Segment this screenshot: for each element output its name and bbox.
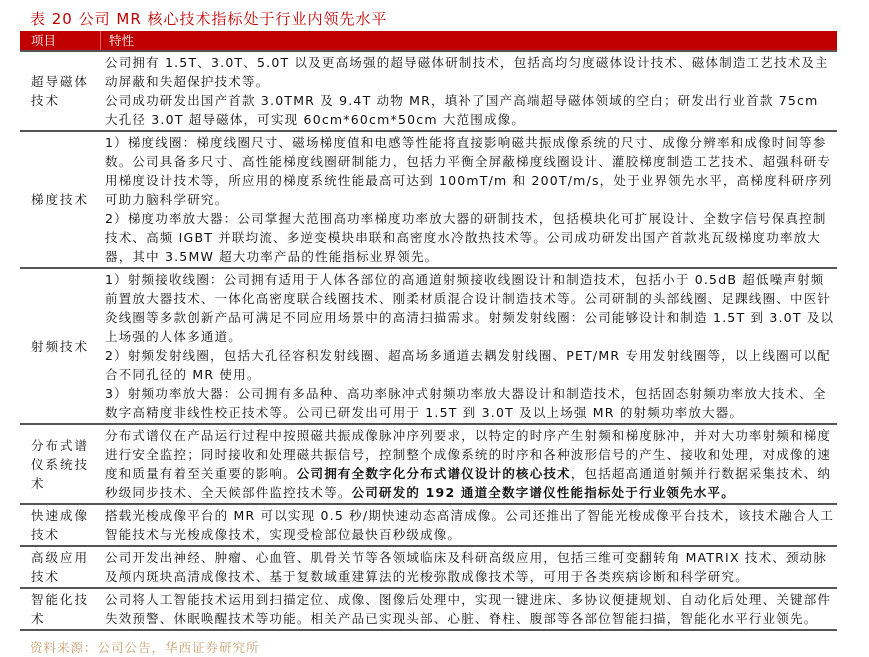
row-item-label: 高级应用技术 [20,547,101,587]
table-row: 超导磁体技术公司拥有 1.5T、3.0T、5.0T 以及更高场强的超导磁体研制技… [20,52,837,132]
row-item-label: 超导磁体技术 [20,52,101,130]
row-item-label: 分布式谱仪系统技术 [20,425,101,503]
table-row: 高级应用技术公司开发出神经、肿瘤、心血管、肌骨关节等各领域临床及科研高级应用，包… [20,547,837,589]
feature-paragraph: 公司成功研发出国产首款 3.0TMR 及 9.4T 动物 MR，填补了国产高端超… [105,91,837,129]
source-note: 资料来源：公司公告，华西证券研究所 [30,638,260,656]
feature-paragraph: 搭载光梭成像平台的 MR 可以实现 0.5 秒/期快速动态高清成像。公司还推出了… [105,506,837,544]
row-item-label: 射频技术 [20,269,101,423]
feature-text: 2）梯度功率放大器：公司掌握大范围高功率梯度功率放大器的研制技术，包括模块化可扩… [105,211,827,264]
feature-text: 公司成功研发出国产首款 3.0TMR 及 9.4T 动物 MR，填补了国产高端超… [105,93,818,127]
table-body: 超导磁体技术公司拥有 1.5T、3.0T、5.0T 以及更高场强的超导磁体研制技… [20,52,837,631]
feature-paragraph: 2）射频发射线圈，包括大孔径容积发射线圈、超高场多通道去耦发射线圈、PET/MR… [105,346,837,384]
feature-paragraph: 2）梯度功率放大器：公司掌握大范围高功率梯度功率放大器的研制技术，包括模块化可扩… [105,209,837,266]
feature-paragraph: 分布式谱仪在产品运行过程中按照磁共振成像脉冲序列要求，以特定的时序产生射频和梯度… [105,426,837,502]
row-feature-text: 搭载光梭成像平台的 MR 可以实现 0.5 秒/期快速动态高清成像。公司还推出了… [101,505,837,545]
row-feature-text: 公司拥有 1.5T、3.0T、5.0T 以及更高场强的超导磁体研制技术，包括高均… [101,52,837,130]
table-row: 射频技术1）射频接收线圈：公司拥有适用于人体各部位的高通道射频接收线圈设计和制造… [20,269,837,425]
feature-text: 公司将人工智能技术运用到扫描定位、成像、图像后处理中，实现一键进床、多协议便捷规… [105,592,831,626]
table-title: 表 20 公司 MR 核心技术指标处于行业内领先水平 [30,8,388,29]
row-feature-text: 1）梯度线圈：梯度线圈尺寸、磁场梯度值和电感等性能将直接影响磁共振成像系统的尺寸… [101,132,837,267]
feature-text: 2）射频发射线圈，包括大孔径容积发射线圈、超高场多通道去耦发射线圈、PET/MR… [105,348,831,382]
tech-table: 项目 特性 超导磁体技术公司拥有 1.5T、3.0T、5.0T 以及更高场强的超… [20,31,837,631]
row-feature-text: 1）射频接收线圈：公司拥有适用于人体各部位的高通道射频接收线圈设计和制造技术，包… [101,269,837,423]
table-row: 智能化技术公司将人工智能技术运用到扫描定位、成像、图像后处理中，实现一键进床、多… [20,589,837,631]
bold-highlight: 公司研发的 192 通道全数字谱仪性能指标处于行业领先水平。 [352,485,735,500]
row-feature-text: 公司开发出神经、肿瘤、心血管、肌骨关节等各领域临床及科研高级应用，包括三维可变翻… [101,547,837,587]
row-item-label: 快速成像技术 [20,505,101,545]
table-row: 快速成像技术搭载光梭成像平台的 MR 可以实现 0.5 秒/期快速动态高清成像。… [20,505,837,547]
feature-paragraph: 公司开发出神经、肿瘤、心血管、肌骨关节等各领域临床及科研高级应用，包括三维可变翻… [105,548,837,586]
header-item: 项目 [20,31,101,50]
feature-paragraph: 3）射频功率放大器：公司拥有多品种、高功率脉冲式射频功率放大器设计和制造技术，包… [105,384,837,422]
table-row: 分布式谱仪系统技术分布式谱仪在产品运行过程中按照磁共振成像脉冲序列要求，以特定的… [20,425,837,505]
header-feature: 特性 [101,31,837,50]
row-feature-text: 公司将人工智能技术运用到扫描定位、成像、图像后处理中，实现一键进床、多协议便捷规… [101,589,837,629]
table-row: 梯度技术1）梯度线圈：梯度线圈尺寸、磁场梯度值和电感等性能将直接影响磁共振成像系… [20,132,837,269]
feature-paragraph: 公司拥有 1.5T、3.0T、5.0T 以及更高场强的超导磁体研制技术，包括高均… [105,53,837,91]
feature-text: 搭载光梭成像平台的 MR 可以实现 0.5 秒/期快速动态高清成像。公司还推出了… [105,508,834,542]
bold-highlight: 公司拥有全数字化分布式谱仪设计的核心技术 [297,466,571,481]
feature-text: 3）射频功率放大器：公司拥有多品种、高功率脉冲式射频功率放大器设计和制造技术，包… [105,386,827,420]
row-feature-text: 分布式谱仪在产品运行过程中按照磁共振成像脉冲序列要求，以特定的时序产生射频和梯度… [101,425,837,503]
row-item-label: 梯度技术 [20,132,101,267]
feature-paragraph: 1）射频接收线圈：公司拥有适用于人体各部位的高通道射频接收线圈设计和制造技术，包… [105,270,837,346]
table-header: 项目 特性 [20,31,837,52]
feature-paragraph: 1）梯度线圈：梯度线圈尺寸、磁场梯度值和电感等性能将直接影响磁共振成像系统的尺寸… [105,133,837,209]
feature-text: 1）梯度线圈：梯度线圈尺寸、磁场梯度值和电感等性能将直接影响磁共振成像系统的尺寸… [105,135,833,207]
feature-text: 公司开发出神经、肿瘤、心血管、肌骨关节等各领域临床及科研高级应用，包括三维可变翻… [105,550,827,584]
feature-text: 1）射频接收线圈：公司拥有适用于人体各部位的高通道射频接收线圈设计和制造技术，包… [105,272,834,344]
feature-paragraph: 公司将人工智能技术运用到扫描定位、成像、图像后处理中，实现一键进床、多协议便捷规… [105,590,837,628]
row-item-label: 智能化技术 [20,589,101,629]
feature-text: 公司拥有 1.5T、3.0T、5.0T 以及更高场强的超导磁体研制技术，包括高均… [105,55,829,89]
